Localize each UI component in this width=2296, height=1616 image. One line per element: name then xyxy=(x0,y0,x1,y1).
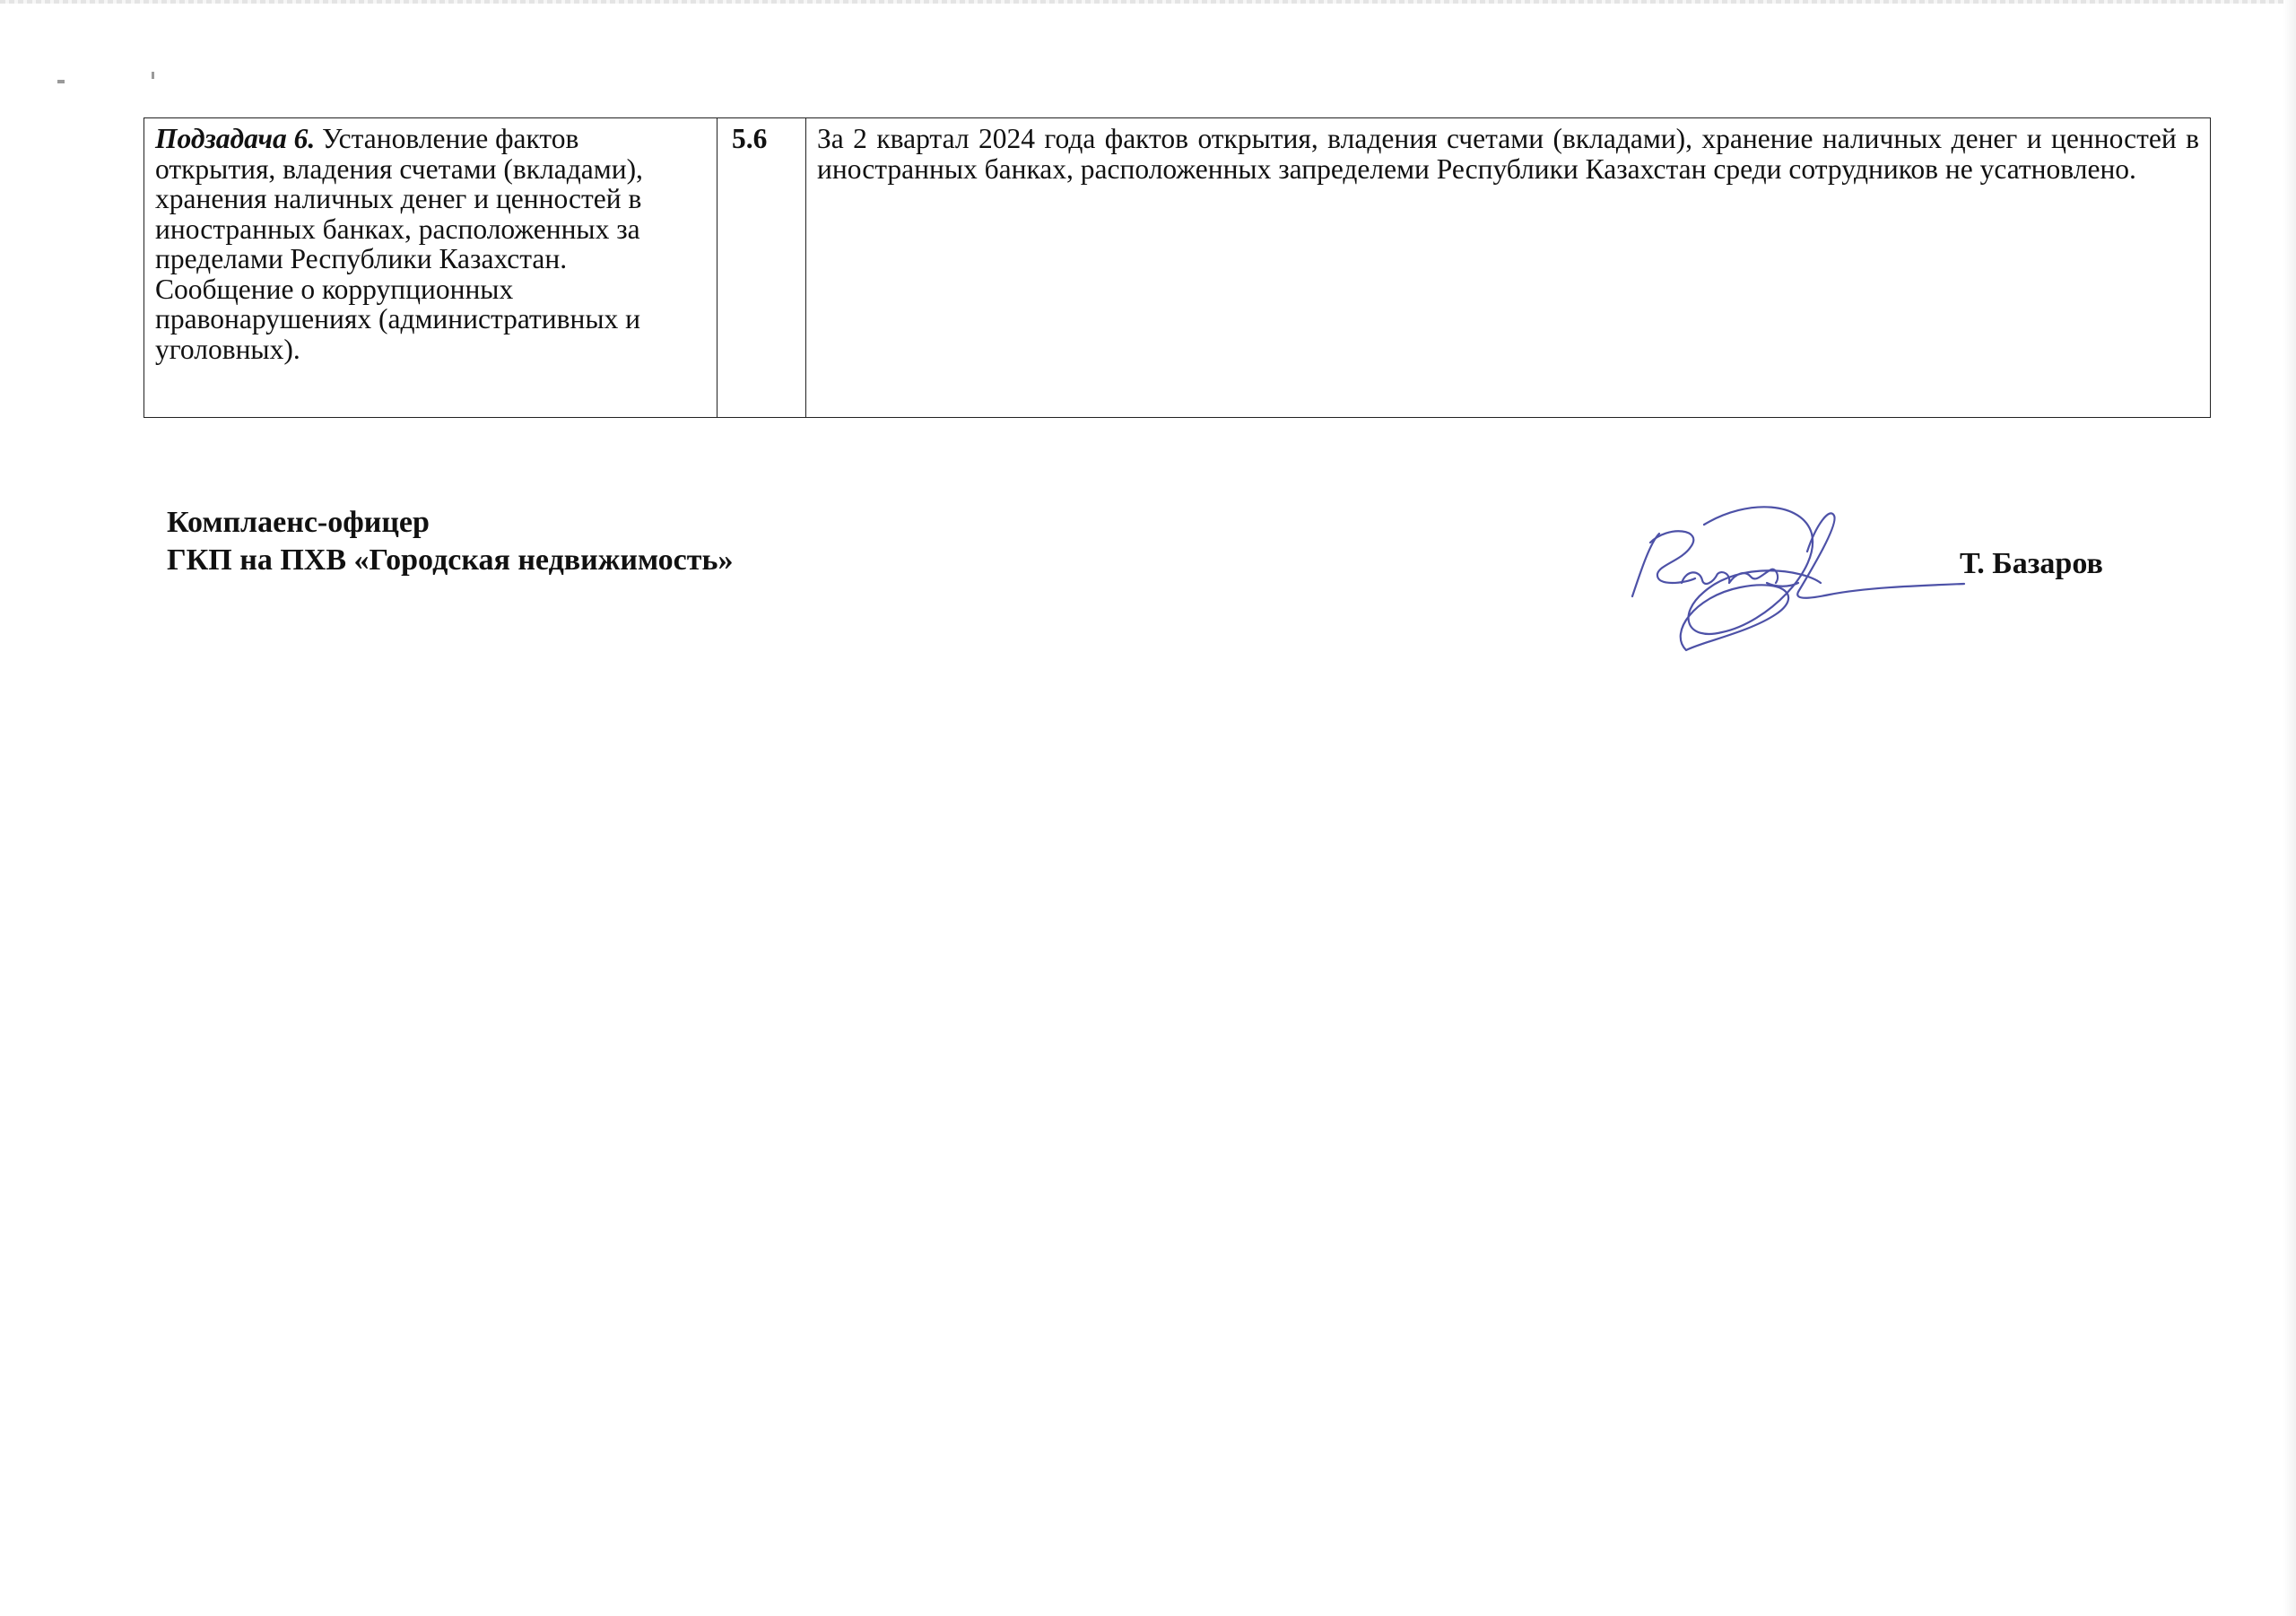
signatory-position: Комплаенс-офицер xyxy=(167,504,733,542)
scan-speck xyxy=(57,80,65,83)
handwritten-signature-icon xyxy=(1596,498,1973,659)
task-description: Установление фактов открытия, владения с… xyxy=(155,123,643,365)
result-text: За 2 квартал 2024 года фактов открытия, … xyxy=(806,118,2211,418)
table-row: Подзадача 6. Установление фактов открыти… xyxy=(144,118,2211,418)
item-number: 5.6 xyxy=(717,118,806,418)
scan-speck xyxy=(152,72,154,79)
report-table: Подзадача 6. Установление фактов открыти… xyxy=(143,117,2211,418)
signatory-organization: ГКП на ПХВ «Городская недвижимость» xyxy=(167,542,733,579)
task-cell: Подзадача 6. Установление фактов открыти… xyxy=(144,118,717,418)
signatory-block: Комплаенс-офицер ГКП на ПХВ «Городская н… xyxy=(167,504,733,579)
signer-name: Т. Базаров xyxy=(1960,545,2103,583)
document-page: Подзадача 6. Установление фактов открыти… xyxy=(0,0,2296,1616)
task-label: Подзадача 6. xyxy=(155,123,315,154)
scan-edge-right xyxy=(2283,0,2296,1616)
scan-edge-top xyxy=(0,0,2296,4)
